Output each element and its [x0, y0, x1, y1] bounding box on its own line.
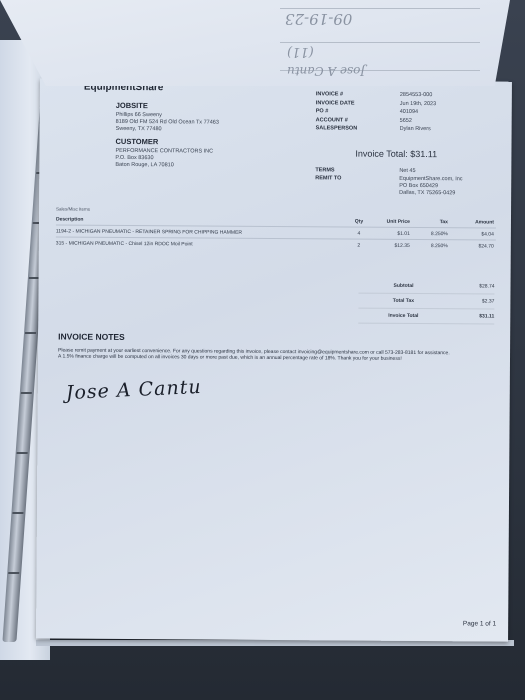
customer-title: CUSTOMER	[115, 137, 158, 146]
invoice-total-header: Invoice Total: $31.11	[355, 149, 437, 160]
signature: Jose A Cantu	[65, 376, 202, 404]
items-caption: Sales/Misc Items	[56, 206, 90, 211]
remit-address: EquipmentShare.com, Inc PO Box 650429 Da…	[399, 175, 462, 196]
total-tax-row: Total Tax$2.37	[358, 294, 494, 310]
jobsite-address: Phillips 66 Sweeny 8189 Old FM 524 Rd Ol…	[116, 112, 219, 134]
notes-text: Please remit payment at your earliest co…	[58, 347, 483, 362]
handwritten-note: (11)	[287, 44, 314, 59]
customer-address: PERFORMANCE CONTRACTORS INC P.O. Box 836…	[115, 148, 213, 170]
meta-row: SALESPERSONDylan Rivers	[316, 124, 506, 134]
subtotal-row: Subtotal$28.74	[358, 279, 494, 295]
jobsite-title: JOBSITE	[116, 101, 148, 110]
handwritten-name: Jose A Cantu	[287, 64, 365, 78]
invoice-page: EquipmentShare JOBSITE Phillips 66 Sween…	[36, 78, 512, 641]
folded-top-sheet: 09-19-23 (11) Jose A Cantu	[0, 0, 510, 86]
handwritten-date: 09-19-23	[285, 10, 352, 28]
notes-title: INVOICE NOTES	[58, 331, 125, 341]
table-row: 315 - MICHIGAN PNEUMATIC - Chisel 12in R…	[56, 236, 496, 251]
invoice-meta: INVOICE #2854553-000 INVOICE DATEJun 19t…	[316, 90, 506, 134]
totals-summary: Subtotal$28.74 Total Tax$2.37 Invoice To…	[358, 279, 494, 325]
invoice-total-row: Invoice Total$31.11	[358, 309, 494, 325]
terms-block: TERMSNet 45 REMIT TO EquipmentShare.com,…	[315, 166, 505, 197]
line-items-table: Description Qty Unit Price Tax Amount 11…	[56, 214, 496, 251]
page-indicator: Page 1 of 1	[463, 620, 496, 627]
